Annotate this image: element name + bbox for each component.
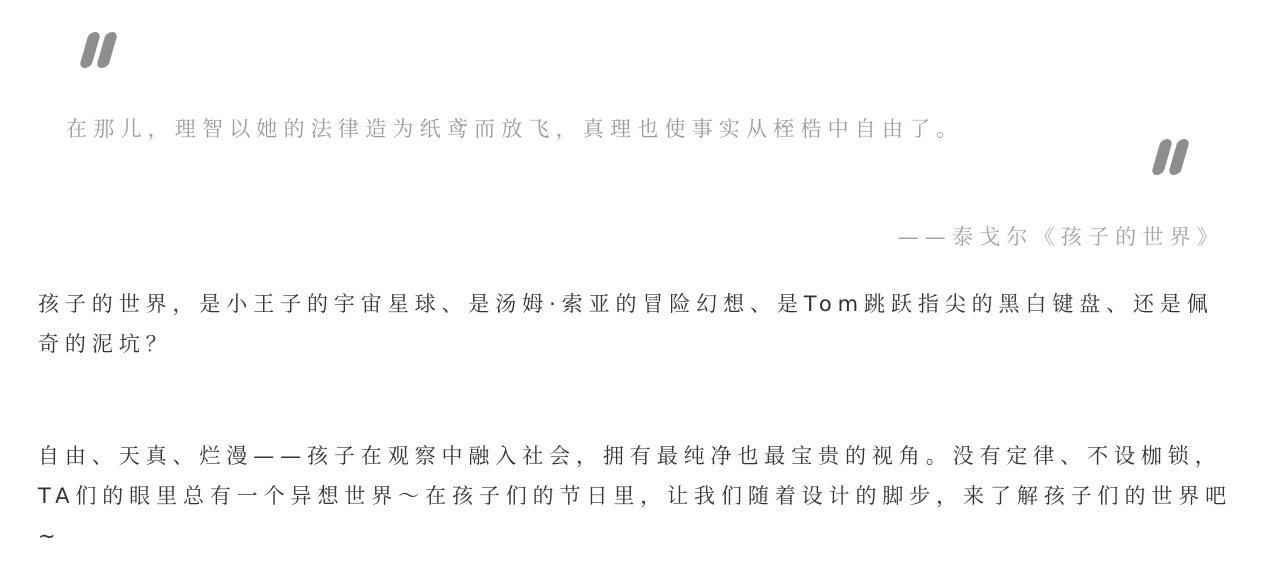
double-quote-open-icon <box>78 30 118 70</box>
quote-attribution: ——泰戈尔《孩子的世界》 <box>898 221 1224 251</box>
double-quote-close-icon <box>1150 137 1190 177</box>
body-paragraph: 孩子的世界，是小王子的宇宙星球、是汤姆·索亚的冒险幻想、是Tom跳跃指尖的黑白键… <box>38 284 1233 364</box>
body-paragraph: 自由、天真、烂漫——孩子在观察中融入社会，拥有最纯净也最宝贵的视角。没有定律、不… <box>38 436 1233 556</box>
quote-text: 在那儿，理智以她的法律造为纸鸢而放飞，真理也使事实从桎梏中自由了。 <box>66 113 964 143</box>
